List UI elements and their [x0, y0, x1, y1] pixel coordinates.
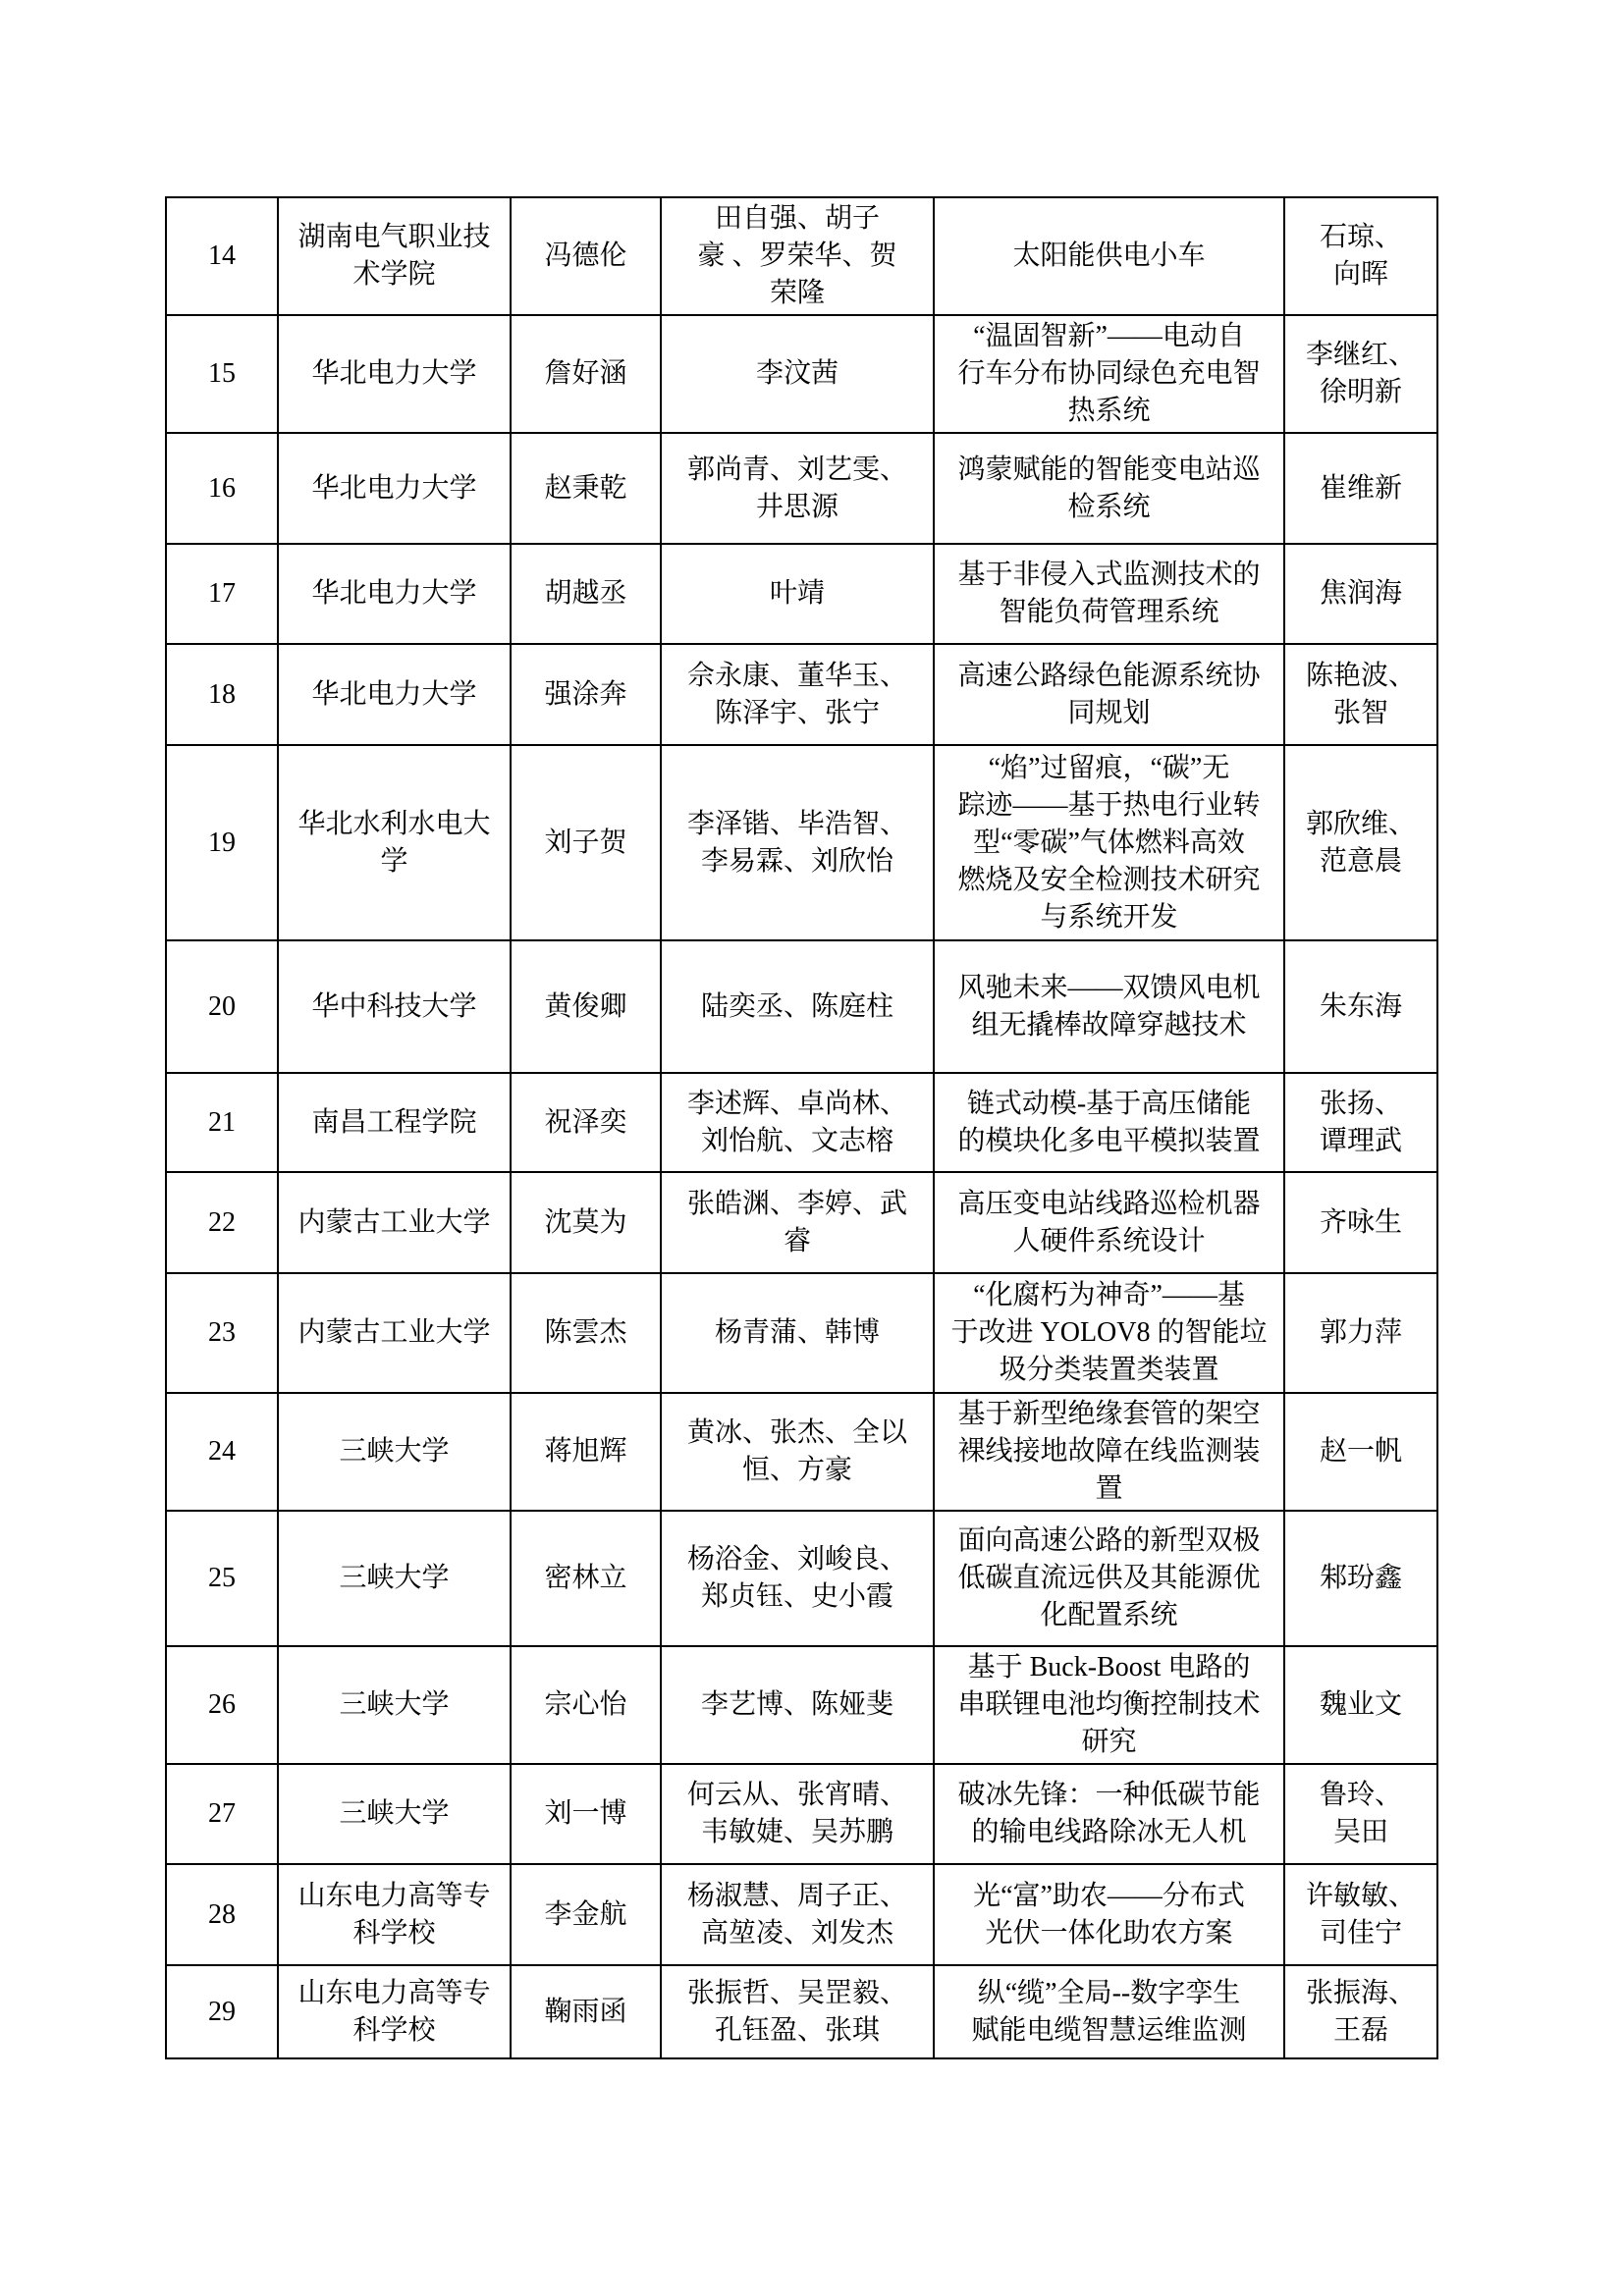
document-page: 14湖南电气职业技 术学院冯德伦田自强、胡子 豪 、罗荣华、贺 荣隆太阳能供电小…	[0, 0, 1623, 2296]
cell-team-leader: 胡越丞	[511, 544, 661, 644]
cell-project-title: 纵“缆”全局--数字孪生 赋能电缆智慧运维监测	[934, 1965, 1284, 2058]
cell-advisors: 许敏敏、 司佳宁	[1284, 1864, 1437, 1965]
cell-project-title: 太阳能供电小车	[934, 197, 1284, 315]
cell-school: 三峡大学	[278, 1511, 511, 1646]
cell-team-members: 黄冰、张杰、全以 恒、方豪	[661, 1393, 934, 1511]
cell-school: 内蒙古工业大学	[278, 1273, 511, 1393]
cell-project-title: 高速公路绿色能源系统协 同规划	[934, 644, 1284, 745]
cell-team-members: 张振哲、吴罡毅、 孔钰盈、张琪	[661, 1965, 934, 2058]
table-row: 20华中科技大学黄俊卿陆奕丞、陈庭柱风驰未来——双馈风电机 组无撬棒故障穿越技术…	[166, 940, 1437, 1073]
cell-advisors: 李继红、 徐明新	[1284, 315, 1437, 433]
table-row: 29山东电力高等专 科学校鞠雨函张振哲、吴罡毅、 孔钰盈、张琪纵“缆”全局--数…	[166, 1965, 1437, 2058]
cell-number: 15	[166, 315, 278, 433]
cell-team-leader: 沈莫为	[511, 1172, 661, 1273]
cell-school: 三峡大学	[278, 1646, 511, 1764]
cell-team-leader: 刘子贺	[511, 745, 661, 940]
cell-number: 21	[166, 1073, 278, 1172]
cell-advisors: 石琼、 向晖	[1284, 197, 1437, 315]
cell-advisors: 陈艳波、 张智	[1284, 644, 1437, 745]
cell-team-members: 李艺博、陈娅斐	[661, 1646, 934, 1764]
cell-project-title: 风驰未来——双馈风电机 组无撬棒故障穿越技术	[934, 940, 1284, 1073]
cell-project-title: 基于 Buck-Boost 电路的 串联锂电池均衡控制技术 研究	[934, 1646, 1284, 1764]
cell-project-title: 高压变电站线路巡检机器 人硬件系统设计	[934, 1172, 1284, 1273]
table-row: 26三峡大学宗心怡李艺博、陈娅斐基于 Buck-Boost 电路的 串联锂电池均…	[166, 1646, 1437, 1764]
cell-team-members: 李汶茜	[661, 315, 934, 433]
cell-number: 22	[166, 1172, 278, 1273]
table-row: 27三峡大学刘一博何云从、张宵晴、 韦敏婕、吴苏鹏破冰先锋：一种低碳节能 的输电…	[166, 1764, 1437, 1864]
cell-number: 25	[166, 1511, 278, 1646]
cell-team-members: 李述辉、卓尚林、 刘怡航、文志榕	[661, 1073, 934, 1172]
table-row: 14湖南电气职业技 术学院冯德伦田自强、胡子 豪 、罗荣华、贺 荣隆太阳能供电小…	[166, 197, 1437, 315]
cell-project-title: 面向高速公路的新型双极 低碳直流远供及其能源优 化配置系统	[934, 1511, 1284, 1646]
table-row: 28山东电力高等专 科学校李金航杨淑慧、周子正、 高堃凌、刘发杰光“富”助农——…	[166, 1864, 1437, 1965]
competition-results-table: 14湖南电气职业技 术学院冯德伦田自强、胡子 豪 、罗荣华、贺 荣隆太阳能供电小…	[165, 196, 1438, 2059]
cell-team-leader: 冯德伦	[511, 197, 661, 315]
cell-school: 三峡大学	[278, 1764, 511, 1864]
cell-project-title: “化腐朽为神奇”——基 于改进 YOLOV8 的智能垃 圾分类装置类装置	[934, 1273, 1284, 1393]
cell-school: 华北水利水电大 学	[278, 745, 511, 940]
cell-project-title: 破冰先锋：一种低碳节能 的输电线路除冰无人机	[934, 1764, 1284, 1864]
cell-team-leader: 鞠雨函	[511, 1965, 661, 2058]
table-row: 25三峡大学密林立杨浴金、刘峻良、 郑贞钰、史小霞面向高速公路的新型双极 低碳直…	[166, 1511, 1437, 1646]
cell-project-title: 光“富”助农——分布式 光伏一体化助农方案	[934, 1864, 1284, 1965]
cell-team-leader: 黄俊卿	[511, 940, 661, 1073]
cell-school: 华北电力大学	[278, 433, 511, 544]
cell-school: 华北电力大学	[278, 644, 511, 745]
cell-school: 华北电力大学	[278, 544, 511, 644]
cell-team-leader: 李金航	[511, 1864, 661, 1965]
cell-advisors: 赵一帆	[1284, 1393, 1437, 1511]
table-row: 22内蒙古工业大学沈莫为张皓渊、李婷、武 睿高压变电站线路巡检机器 人硬件系统设…	[166, 1172, 1437, 1273]
cell-team-members: 张皓渊、李婷、武 睿	[661, 1172, 934, 1273]
cell-team-leader: 蒋旭辉	[511, 1393, 661, 1511]
cell-number: 20	[166, 940, 278, 1073]
cell-team-leader: 刘一博	[511, 1764, 661, 1864]
cell-team-members: 杨青蒲、韩博	[661, 1273, 934, 1393]
cell-team-leader: 陈雲杰	[511, 1273, 661, 1393]
cell-team-leader: 宗心怡	[511, 1646, 661, 1764]
cell-school: 三峡大学	[278, 1393, 511, 1511]
table-row: 17华北电力大学胡越丞叶靖基于非侵入式监测技术的 智能负荷管理系统焦润海	[166, 544, 1437, 644]
cell-advisors: 魏业文	[1284, 1646, 1437, 1764]
table-row: 18华北电力大学强涂奔佘永康、董华玉、 陈泽宇、张宁高速公路绿色能源系统协 同规…	[166, 644, 1437, 745]
cell-advisors: 邾玢鑫	[1284, 1511, 1437, 1646]
cell-team-leader: 詹好涵	[511, 315, 661, 433]
cell-number: 19	[166, 745, 278, 940]
cell-team-members: 杨浴金、刘峻良、 郑贞钰、史小霞	[661, 1511, 934, 1646]
cell-school: 山东电力高等专 科学校	[278, 1864, 511, 1965]
cell-advisors: 张扬、 谭理武	[1284, 1073, 1437, 1172]
cell-team-members: 杨淑慧、周子正、 高堃凌、刘发杰	[661, 1864, 934, 1965]
cell-advisors: 郭欣维、 范意晨	[1284, 745, 1437, 940]
cell-advisors: 齐咏生	[1284, 1172, 1437, 1273]
cell-team-members: 陆奕丞、陈庭柱	[661, 940, 934, 1073]
cell-school: 南昌工程学院	[278, 1073, 511, 1172]
cell-team-members: 佘永康、董华玉、 陈泽宇、张宁	[661, 644, 934, 745]
cell-project-title: 鸿蒙赋能的智能变电站巡 检系统	[934, 433, 1284, 544]
cell-school: 华北电力大学	[278, 315, 511, 433]
cell-number: 27	[166, 1764, 278, 1864]
cell-number: 29	[166, 1965, 278, 2058]
cell-number: 24	[166, 1393, 278, 1511]
cell-team-members: 叶靖	[661, 544, 934, 644]
cell-project-title: “焰”过留痕，“碳”无 踪迹——基于热电行业转 型“零碳”气体燃料高效 燃烧及安…	[934, 745, 1284, 940]
cell-advisors: 崔维新	[1284, 433, 1437, 544]
cell-team-members: 李泽锴、毕浩智、 李易霖、刘欣怡	[661, 745, 934, 940]
cell-project-title: 基于非侵入式监测技术的 智能负荷管理系统	[934, 544, 1284, 644]
cell-advisors: 朱东海	[1284, 940, 1437, 1073]
cell-school: 内蒙古工业大学	[278, 1172, 511, 1273]
cell-team-leader: 赵秉乾	[511, 433, 661, 544]
cell-school: 湖南电气职业技 术学院	[278, 197, 511, 315]
cell-school: 华中科技大学	[278, 940, 511, 1073]
cell-team-members: 田自强、胡子 豪 、罗荣华、贺 荣隆	[661, 197, 934, 315]
table-row: 15华北电力大学詹好涵李汶茜“温固智新”——电动自 行车分布协同绿色充电智 热系…	[166, 315, 1437, 433]
cell-project-title: 链式动模-基于高压储能 的模块化多电平模拟装置	[934, 1073, 1284, 1172]
cell-team-leader: 祝泽奕	[511, 1073, 661, 1172]
table-row: 24三峡大学蒋旭辉黄冰、张杰、全以 恒、方豪基于新型绝缘套管的架空 裸线接地故障…	[166, 1393, 1437, 1511]
table-row: 23内蒙古工业大学陈雲杰杨青蒲、韩博“化腐朽为神奇”——基 于改进 YOLOV8…	[166, 1273, 1437, 1393]
cell-advisors: 张振海、 王磊	[1284, 1965, 1437, 2058]
table-row: 19华北水利水电大 学刘子贺李泽锴、毕浩智、 李易霖、刘欣怡“焰”过留痕，“碳”…	[166, 745, 1437, 940]
cell-number: 17	[166, 544, 278, 644]
cell-number: 28	[166, 1864, 278, 1965]
cell-advisors: 焦润海	[1284, 544, 1437, 644]
cell-number: 26	[166, 1646, 278, 1764]
table-row: 21南昌工程学院祝泽奕李述辉、卓尚林、 刘怡航、文志榕链式动模-基于高压储能 的…	[166, 1073, 1437, 1172]
cell-team-members: 郭尚青、刘艺雯、 井思源	[661, 433, 934, 544]
cell-number: 23	[166, 1273, 278, 1393]
results-table-body: 14湖南电气职业技 术学院冯德伦田自强、胡子 豪 、罗荣华、贺 荣隆太阳能供电小…	[166, 197, 1437, 2058]
cell-project-title: 基于新型绝缘套管的架空 裸线接地故障在线监测装 置	[934, 1393, 1284, 1511]
cell-number: 16	[166, 433, 278, 544]
cell-project-title: “温固智新”——电动自 行车分布协同绿色充电智 热系统	[934, 315, 1284, 433]
cell-advisors: 鲁玲、 吴田	[1284, 1764, 1437, 1864]
cell-school: 山东电力高等专 科学校	[278, 1965, 511, 2058]
cell-number: 14	[166, 197, 278, 315]
cell-team-leader: 强涂奔	[511, 644, 661, 745]
cell-number: 18	[166, 644, 278, 745]
table-row: 16华北电力大学赵秉乾郭尚青、刘艺雯、 井思源鸿蒙赋能的智能变电站巡 检系统崔维…	[166, 433, 1437, 544]
cell-team-members: 何云从、张宵晴、 韦敏婕、吴苏鹏	[661, 1764, 934, 1864]
cell-team-leader: 密林立	[511, 1511, 661, 1646]
cell-advisors: 郭力萍	[1284, 1273, 1437, 1393]
